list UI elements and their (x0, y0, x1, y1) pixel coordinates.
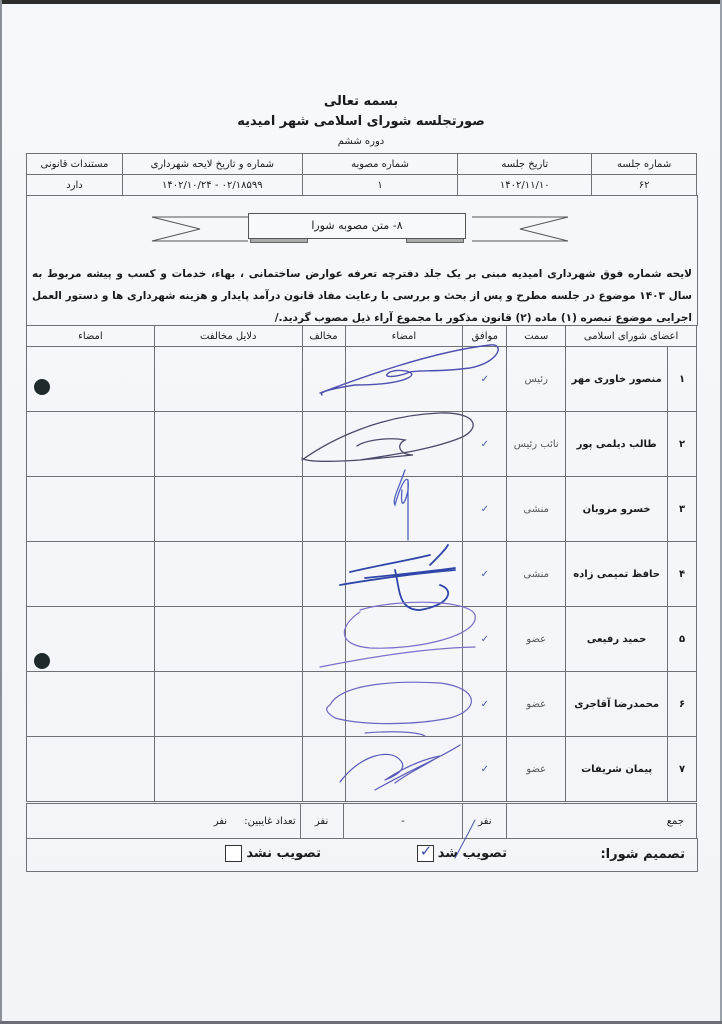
header-session-number: شماره جلسه (592, 154, 697, 175)
member-role: منشی (507, 542, 566, 607)
member-number: ۴ (668, 542, 697, 607)
agree-check-icon: ✓ (463, 542, 507, 607)
reasons-cell (154, 607, 302, 672)
rejected-checkbox[interactable] (225, 845, 242, 862)
value-resolution-number: ۱ (302, 175, 458, 196)
agree-check-icon: ✓ (463, 607, 507, 672)
resolution-body-text: لایحه شماره فوق شهرداری امیدیه مبنی بر ی… (32, 263, 692, 329)
session-info-table: شماره جلسه تاریخ جلسه شماره مصوبه شماره … (26, 153, 697, 196)
member-name: حمید رفیعی (566, 607, 668, 672)
header-disagree: مخالف (302, 326, 345, 347)
member-role: عضو (507, 672, 566, 737)
signature-cell (345, 412, 463, 477)
signature-2-cell (27, 542, 155, 607)
approved-option[interactable]: تصویب شد ✓ (417, 845, 507, 862)
signature-cell (345, 737, 463, 802)
agree-check-icon: ✓ (463, 477, 507, 542)
document-title: صورتجلسه شورای اسلامی شهر امیدیه (0, 114, 722, 129)
scanned-page: بسمه تعالی صورتجلسه شورای اسلامی شهر امی… (0, 0, 722, 1024)
agree-check-icon: ✓ (463, 737, 507, 802)
header-signature: امضاء (345, 326, 463, 347)
member-role: نائب رئیس (507, 412, 566, 477)
member-name: خسرو مروبان (566, 477, 668, 542)
member-row: ۳ خسرو مروبان منشی ✓ (27, 477, 697, 542)
member-role: منشی (507, 477, 566, 542)
rejected-label: تصویب نشد (246, 846, 321, 861)
section-banner-label: ۸- متن مصوبه شورا (248, 213, 466, 239)
totals-absent: تعداد غایبین: نفر (27, 804, 301, 839)
member-number: ۱ (668, 347, 697, 412)
member-name: منصور خاوری مهر (566, 347, 668, 412)
member-row: ۲ طالب دیلمی پور نائب رئیس ✓ (27, 412, 697, 477)
member-role: رئیس (507, 347, 566, 412)
disagree-cell (302, 412, 345, 477)
section-banner: ۸- متن مصوبه شورا (150, 211, 570, 245)
signature-2-cell (27, 672, 155, 737)
header-bill-number-date: شماره و تاریخ لایحه شهرداری (122, 154, 302, 175)
header-role: سمت (507, 326, 566, 347)
absent-unit: نفر (214, 816, 227, 827)
totals-agree-unit: نفر (463, 804, 507, 839)
disagree-cell (302, 477, 345, 542)
header-session-date: تاریخ جلسه (458, 154, 592, 175)
reasons-cell (154, 737, 302, 802)
member-number: ۲ (668, 412, 697, 477)
checkmark-icon: ✓ (420, 842, 433, 860)
absent-label: تعداد غایبین: (244, 816, 295, 827)
header-council-members: اعضای شورای اسلامی (566, 326, 697, 347)
value-bill-number-date: ۰۲/۱۸۵۹۹ - ۱۴۰۲/۱۰/۲۴ (122, 175, 302, 196)
member-row: ۱ منصور خاوری مهر رئیس ✓ (27, 347, 697, 412)
member-name: پیمان شریفات (566, 737, 668, 802)
agree-check-icon: ✓ (463, 412, 507, 477)
member-row: ۶ محمدرضا آقاجری عضو ✓ (27, 672, 697, 737)
totals-label: جمع (507, 804, 697, 839)
basmala-heading: بسمه تعالی (0, 94, 722, 109)
disagree-cell (302, 737, 345, 802)
voting-table: اعضای شورای اسلامی سمت موافق امضاء مخالف… (26, 325, 697, 802)
member-role: عضو (507, 607, 566, 672)
decision-label: تصمیم شورا: (600, 847, 685, 862)
member-row: ۴ حافظ تمیمی زاده منشی ✓ (27, 542, 697, 607)
member-name: حافظ تمیمی زاده (566, 542, 668, 607)
member-number: ۵ (668, 607, 697, 672)
member-number: ۷ (668, 737, 697, 802)
header-legal-documents: مستندات قانونی (27, 154, 123, 175)
agree-check-icon: ✓ (463, 672, 507, 737)
term-label: دوره ششم (0, 136, 722, 147)
signature-2-cell (27, 477, 155, 542)
scan-edge-left (0, 0, 2, 1024)
value-session-number: ۶۲ (592, 175, 697, 196)
reasons-cell (154, 672, 302, 737)
member-row: ۵ حمید رفیعی عضو ✓ (27, 607, 697, 672)
scan-edge-top (0, 0, 722, 4)
council-decision-row: تصمیم شورا: تصویب شد ✓ تصویب نشد (26, 838, 698, 872)
signature-cell (345, 477, 463, 542)
session-value-row: ۶۲ ۱۴۰۲/۱۱/۱۰ ۱ ۰۲/۱۸۵۹۹ - ۱۴۰۲/۱۰/۲۴ دا… (27, 175, 697, 196)
header-disagree-reasons: دلایل مخالفت (154, 326, 302, 347)
totals-disagree-unit: نفر (300, 804, 343, 839)
member-number: ۶ (668, 672, 697, 737)
punch-hole-top (34, 379, 50, 395)
header-signature-2: امضاء (27, 326, 155, 347)
header-agree: موافق (463, 326, 507, 347)
punch-hole-bottom (34, 653, 50, 669)
signature-cell (345, 607, 463, 672)
signature-cell (345, 672, 463, 737)
totals-sign-value: - (343, 804, 463, 839)
member-role: عضو (507, 737, 566, 802)
header-resolution-number: شماره مصوبه (302, 154, 458, 175)
signature-cell (345, 347, 463, 412)
member-name: محمدرضا آقاجری (566, 672, 668, 737)
member-number: ۳ (668, 477, 697, 542)
reasons-cell (154, 347, 302, 412)
agree-check-icon: ✓ (463, 347, 507, 412)
voting-header-row: اعضای شورای اسلامی سمت موافق امضاء مخالف… (27, 326, 697, 347)
totals-table: جمع نفر - نفر تعداد غایبین: نفر (26, 803, 697, 839)
signature-2-cell (27, 737, 155, 802)
disagree-cell (302, 672, 345, 737)
value-session-date: ۱۴۰۲/۱۱/۱۰ (458, 175, 592, 196)
reasons-cell (154, 412, 302, 477)
disagree-cell (302, 542, 345, 607)
approved-checkbox[interactable]: ✓ (417, 845, 434, 862)
signature-cell (345, 542, 463, 607)
totals-row: جمع نفر - نفر تعداد غایبین: نفر (27, 804, 697, 839)
signature-2-cell (27, 412, 155, 477)
session-header-row: شماره جلسه تاریخ جلسه شماره مصوبه شماره … (27, 154, 697, 175)
value-legal-documents: دارد (27, 175, 123, 196)
disagree-cell (302, 607, 345, 672)
disagree-cell (302, 347, 345, 412)
member-name: طالب دیلمی پور (566, 412, 668, 477)
reasons-cell (154, 542, 302, 607)
rejected-option[interactable]: تصویب نشد (225, 845, 321, 862)
reasons-cell (154, 477, 302, 542)
member-row: ۷ پیمان شریفات عضو ✓ (27, 737, 697, 802)
approved-label: تصویب شد (438, 846, 507, 861)
